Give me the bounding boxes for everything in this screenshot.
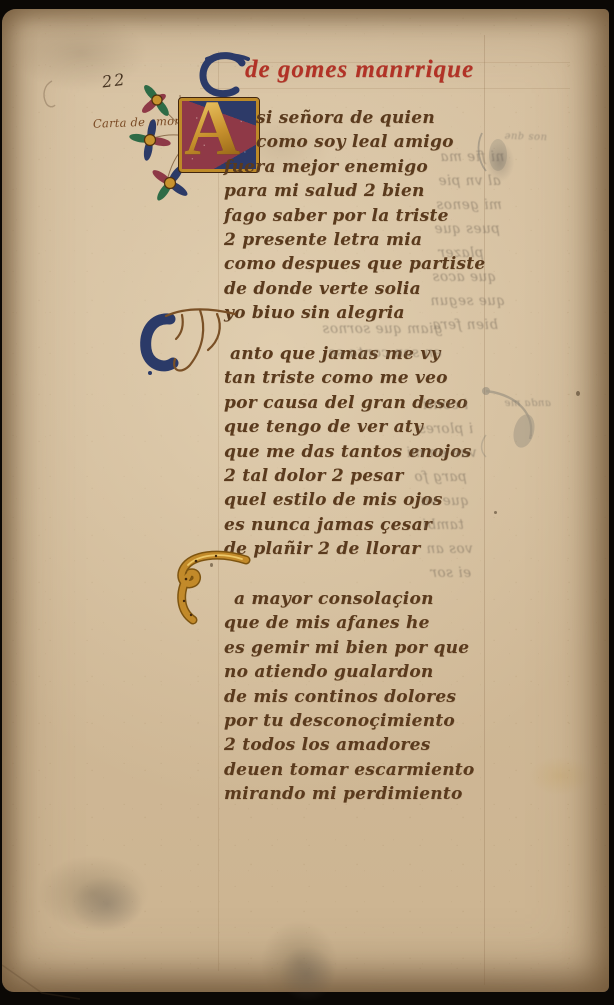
manuscript-photo: { "page": { "folio_number": "22", "margi… bbox=[0, 0, 614, 1005]
ink-speck bbox=[494, 511, 497, 514]
verse-line: si señora de quien bbox=[256, 106, 485, 130]
show-through-text: mi genos bbox=[436, 197, 502, 213]
ink-speck bbox=[210, 563, 213, 567]
show-through-text: plazer bbox=[438, 245, 484, 261]
stanza-3: a mayor consolaçion que de mis afanes he… bbox=[224, 587, 475, 807]
show-through-text: tambi bbox=[422, 517, 464, 533]
verse-line: mirando mi perdimiento bbox=[224, 782, 475, 806]
verse-line: por tu desconoçimiento bbox=[224, 709, 475, 733]
show-through-text: que acos bbox=[432, 269, 496, 285]
show-through-flourish-icon bbox=[460, 377, 552, 469]
show-through-text: giam que sornos bbox=[322, 321, 442, 337]
show-through-text: parg fo bbox=[414, 469, 467, 485]
show-through-text: vos an bbox=[426, 541, 473, 557]
verse-line: tan triste como me veo bbox=[224, 366, 472, 390]
corner-fold-line bbox=[2, 957, 82, 1001]
stain-smudge bbox=[62, 869, 152, 939]
stain-smudge bbox=[272, 939, 342, 1005]
verse-line: a mayor consolaçion bbox=[234, 587, 475, 611]
verse-line: no atiendo gualardon bbox=[224, 660, 475, 684]
rubric-title: de gomes manrrique bbox=[245, 56, 474, 84]
show-through-text: que vu bbox=[420, 493, 469, 509]
verse-line: de mis continos dolores bbox=[224, 685, 475, 709]
show-through-text: que segun bbox=[430, 293, 505, 309]
show-through-text: pues que bbox=[434, 221, 500, 237]
show-through-text: ei sor bbox=[430, 565, 471, 581]
ink-speck bbox=[576, 391, 580, 396]
verse-line: 2 todos los amadores bbox=[224, 733, 475, 757]
verse-line: deuen tomar escarmiento bbox=[224, 758, 475, 782]
ruling-line-header-bottom bbox=[200, 88, 570, 89]
corner-pen-mark-icon bbox=[36, 77, 66, 111]
verse-line: es gemir mi bien por que bbox=[224, 636, 475, 660]
verse-line: que de mis afanes he bbox=[224, 611, 475, 635]
show-through-text: en son conta se bbox=[328, 345, 442, 361]
manuscript-page: de gomes manrrique 22 Carta de amores bbox=[2, 9, 609, 992]
stain-smudge bbox=[482, 137, 518, 187]
